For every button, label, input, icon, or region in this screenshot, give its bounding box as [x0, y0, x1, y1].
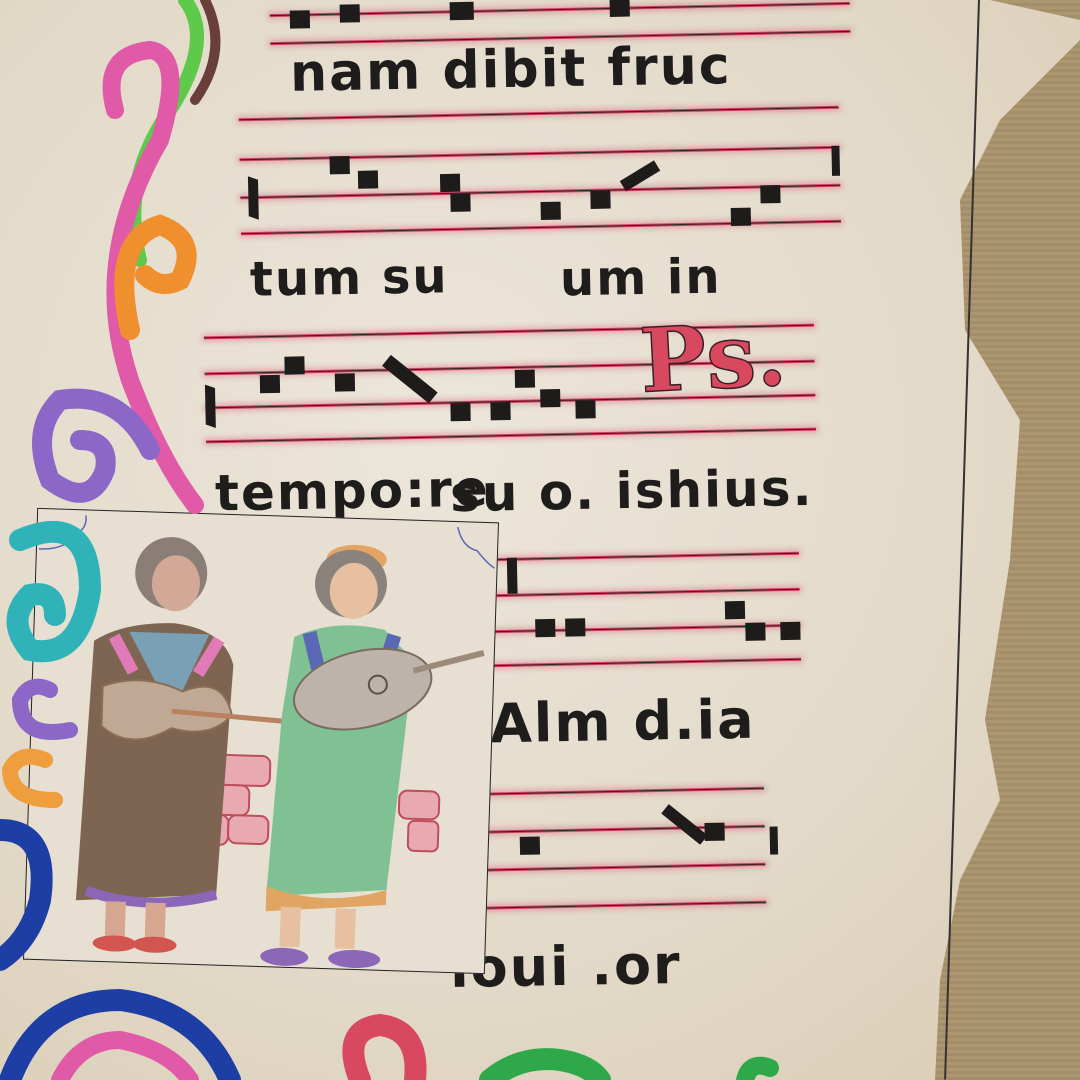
lyric-line-3b: su o. ishius. — [450, 459, 814, 523]
staff-1 — [239, 106, 842, 249]
miniature-musicians — [23, 508, 499, 974]
staff-3 — [489, 552, 801, 673]
lyric-line-4: Alm d.ia — [489, 688, 756, 756]
lyric-line-1: nam dibit fruc — [290, 36, 733, 104]
musicians-illustration-icon — [24, 509, 498, 973]
lyric-line-2b: um in — [560, 249, 722, 308]
rubric-initial: Ps. — [637, 301, 789, 413]
lyric-line-2a: tum su — [250, 248, 450, 307]
staff-4 — [454, 777, 767, 923]
